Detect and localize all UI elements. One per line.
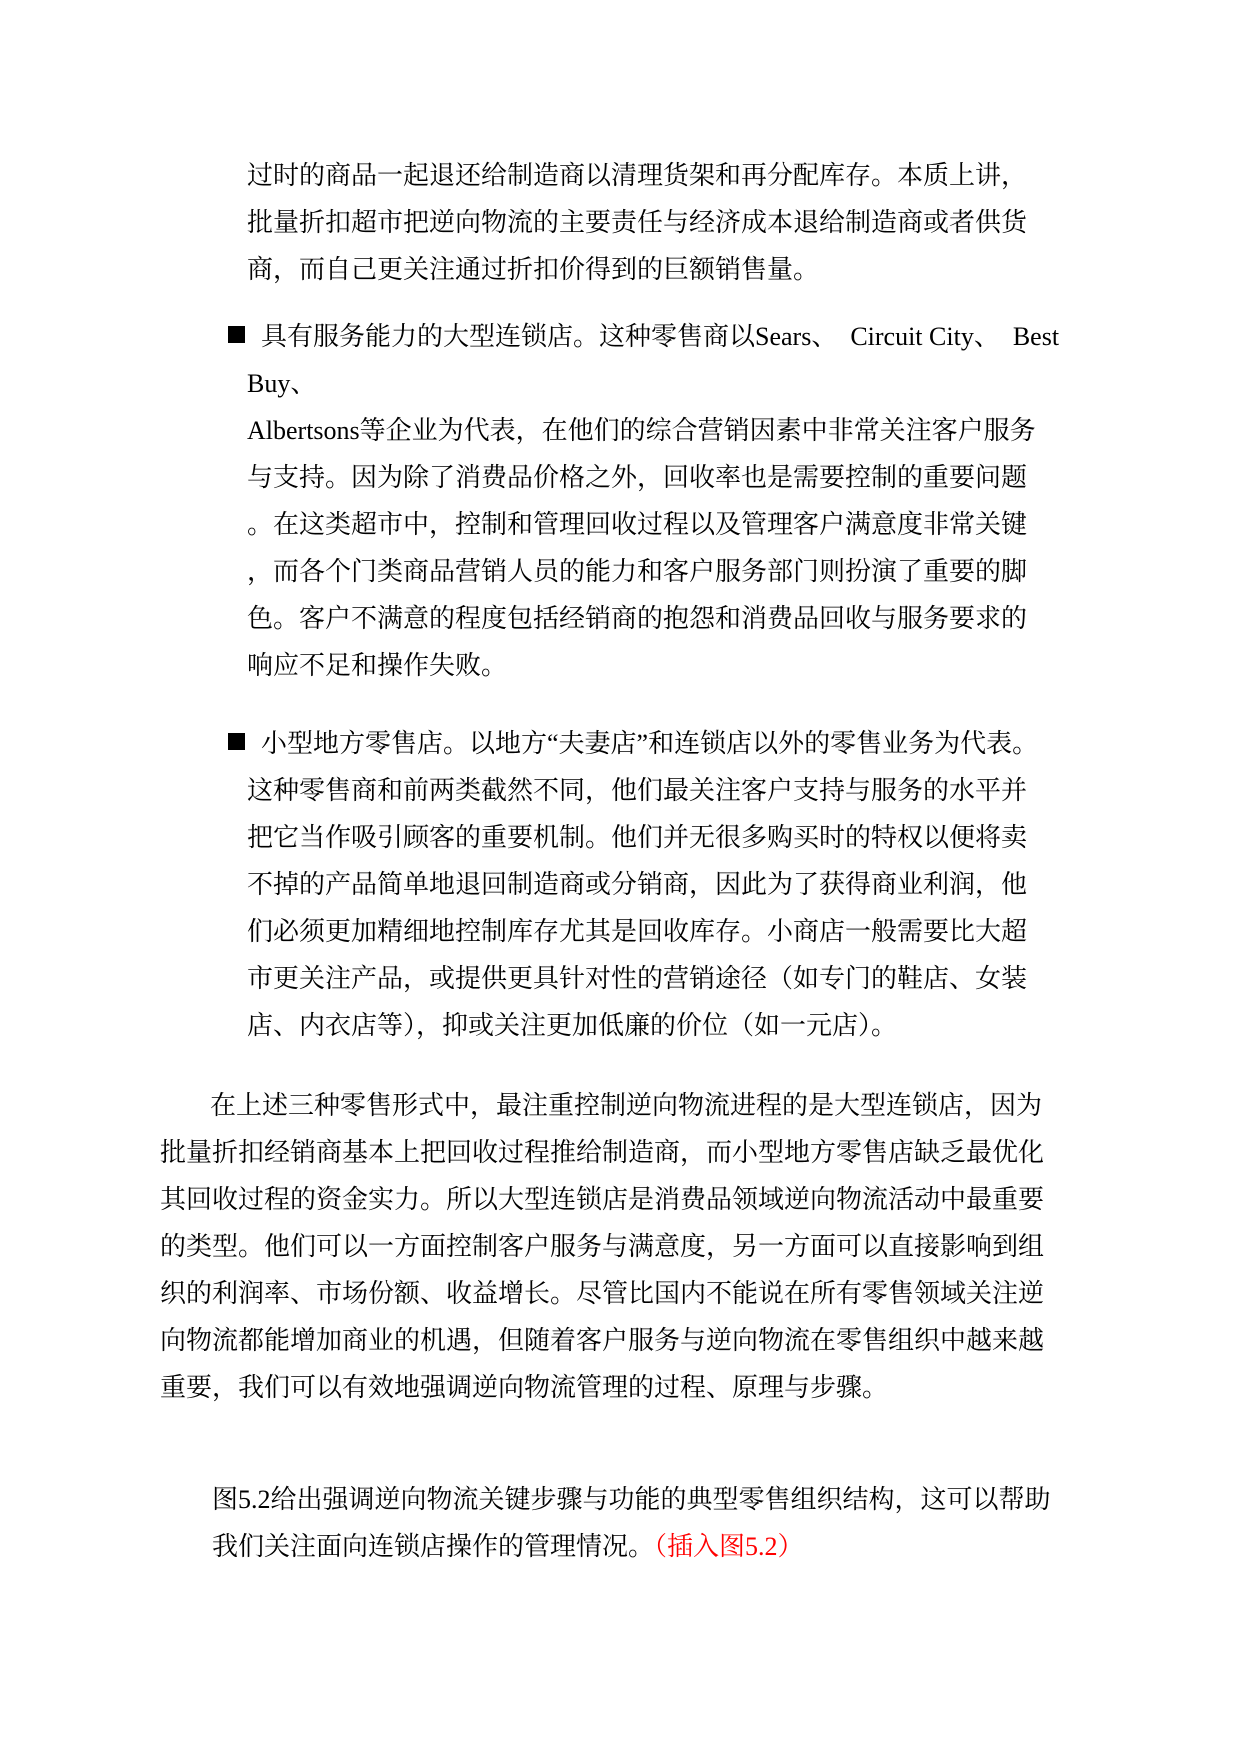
text-line: 在上述三种零售形式中，最注重控制逆向物流进程的是大型连锁店，因为 xyxy=(160,1082,1180,1129)
figure-reference-text: 我们关注面向连锁店操作的管理情况。 xyxy=(212,1532,654,1561)
text-line: 向物流都能增加商业的机遇，但随着客户服务与逆向物流在零售组织中越来越 xyxy=(160,1317,1180,1364)
text-line: 店、内衣店等），抑或关注更加低廉的价位（如一元店）。 xyxy=(247,1002,1180,1049)
text-line: 批量折扣经销商基本上把回收过程推给制造商，而小型地方零售店缺乏最优化 xyxy=(160,1129,1180,1176)
text-line: Buy、 xyxy=(247,360,1180,407)
text-line: 响应不足和操作失败。 xyxy=(247,642,1180,689)
bullet-item-small-local-stores: 小型地方零售店。以地方“夫妻店”和连锁店以外的零售业务为代表。这种零售商和前两类… xyxy=(160,720,1180,1049)
paragraph-figure-reference: 图5.2给出强调逆向物流关键步骤与功能的典型零售组织结构，这可以帮助 我们关注面… xyxy=(160,1429,1180,1523)
text-line: 。在这类超市中，控制和管理回收过程以及管理客户满意度非常关键 xyxy=(247,501,1180,548)
document-content: 过时的商品一起退还给制造商以清理货架和再分配库存。本质上讲，批量折扣超市把逆向物… xyxy=(160,152,1180,1523)
text-line: 过时的商品一起退还给制造商以清理货架和再分配库存。本质上讲， xyxy=(247,152,1180,199)
paragraph-continuation: 过时的商品一起退还给制造商以清理货架和再分配库存。本质上讲，批量折扣超市把逆向物… xyxy=(160,152,1180,293)
text-line: 不掉的产品简单地退回制造商或分销商，因此为了获得商业利润，他 xyxy=(247,861,1180,908)
text-line: ，而各个门类商品营销人员的能力和客户服务部门则扮演了重要的脚 xyxy=(247,548,1180,595)
figure-insert-annotation: （插入图5.2） xyxy=(654,1532,804,1561)
bullet-square-icon xyxy=(228,733,245,750)
figure-reference-text: 图5.2给出强调逆向物流关键步骤与功能的典型零售组织结构，这可以帮助 xyxy=(212,1485,1051,1514)
paragraph-retail-forms-summary: 在上述三种零售形式中，最注重控制逆向物流进程的是大型连锁店，因为批量折扣经销商基… xyxy=(160,1082,1180,1411)
bullet-item-large-chain-stores: 具有服务能力的大型连锁店。这种零售商以Sears、 Circuit City、 … xyxy=(160,313,1180,689)
text-line: 色。客户不满意的程度包括经销商的抱怨和消费品回收与服务要求的 xyxy=(247,595,1180,642)
text-line: 市更关注产品，或提供更具针对性的营销途径（如专门的鞋店、女装 xyxy=(247,955,1180,1002)
bullet-square-icon xyxy=(228,326,245,343)
text-line: 商，而自己更关注通过折扣价得到的巨额销售量。 xyxy=(247,246,1180,293)
text-line: 这种零售商和前两类截然不同，他们最关注客户支持与服务的水平并 xyxy=(247,767,1180,814)
text-line: 把它当作吸引顾客的重要机制。他们并无很多购买时的特权以便将卖 xyxy=(247,814,1180,861)
text-line: 批量折扣超市把逆向物流的主要责任与经济成本退给制造商或者供货 xyxy=(247,199,1180,246)
text-line: 图5.2给出强调逆向物流关键步骤与功能的典型零售组织结构，这可以帮助 xyxy=(160,1429,1180,1476)
document-page: 过时的商品一起退还给制造商以清理货架和再分配库存。本质上讲，批量折扣超市把逆向物… xyxy=(0,0,1241,1754)
text-line: 织的利润率、市场份额、收益增长。尽管比国内不能说在所有零售领域关注逆 xyxy=(160,1270,1180,1317)
text-line: 小型地方零售店。以地方“夫妻店”和连锁店以外的零售业务为代表。 xyxy=(247,720,1180,767)
text-line: Albertsons等企业为代表，在他们的综合营销因素中非常关注客户服务 xyxy=(247,407,1180,454)
text-line: 与支持。因为除了消费品价格之外，回收率也是需要控制的重要问题 xyxy=(247,454,1180,501)
text-line: 的类型。他们可以一方面控制客户服务与满意度，另一方面可以直接影响到组 xyxy=(160,1223,1180,1270)
text-line: 其回收过程的资金实力。所以大型连锁店是消费品领域逆向物流活动中最重要 xyxy=(160,1176,1180,1223)
text-line: 们必须更加精细地控制库存尤其是回收库存。小商店一般需要比大超 xyxy=(247,908,1180,955)
text-line: 重要，我们可以有效地强调逆向物流管理的过程、原理与步骤。 xyxy=(160,1364,1180,1411)
text-line: 具有服务能力的大型连锁店。这种零售商以Sears、 Circuit City、 … xyxy=(247,313,1180,360)
